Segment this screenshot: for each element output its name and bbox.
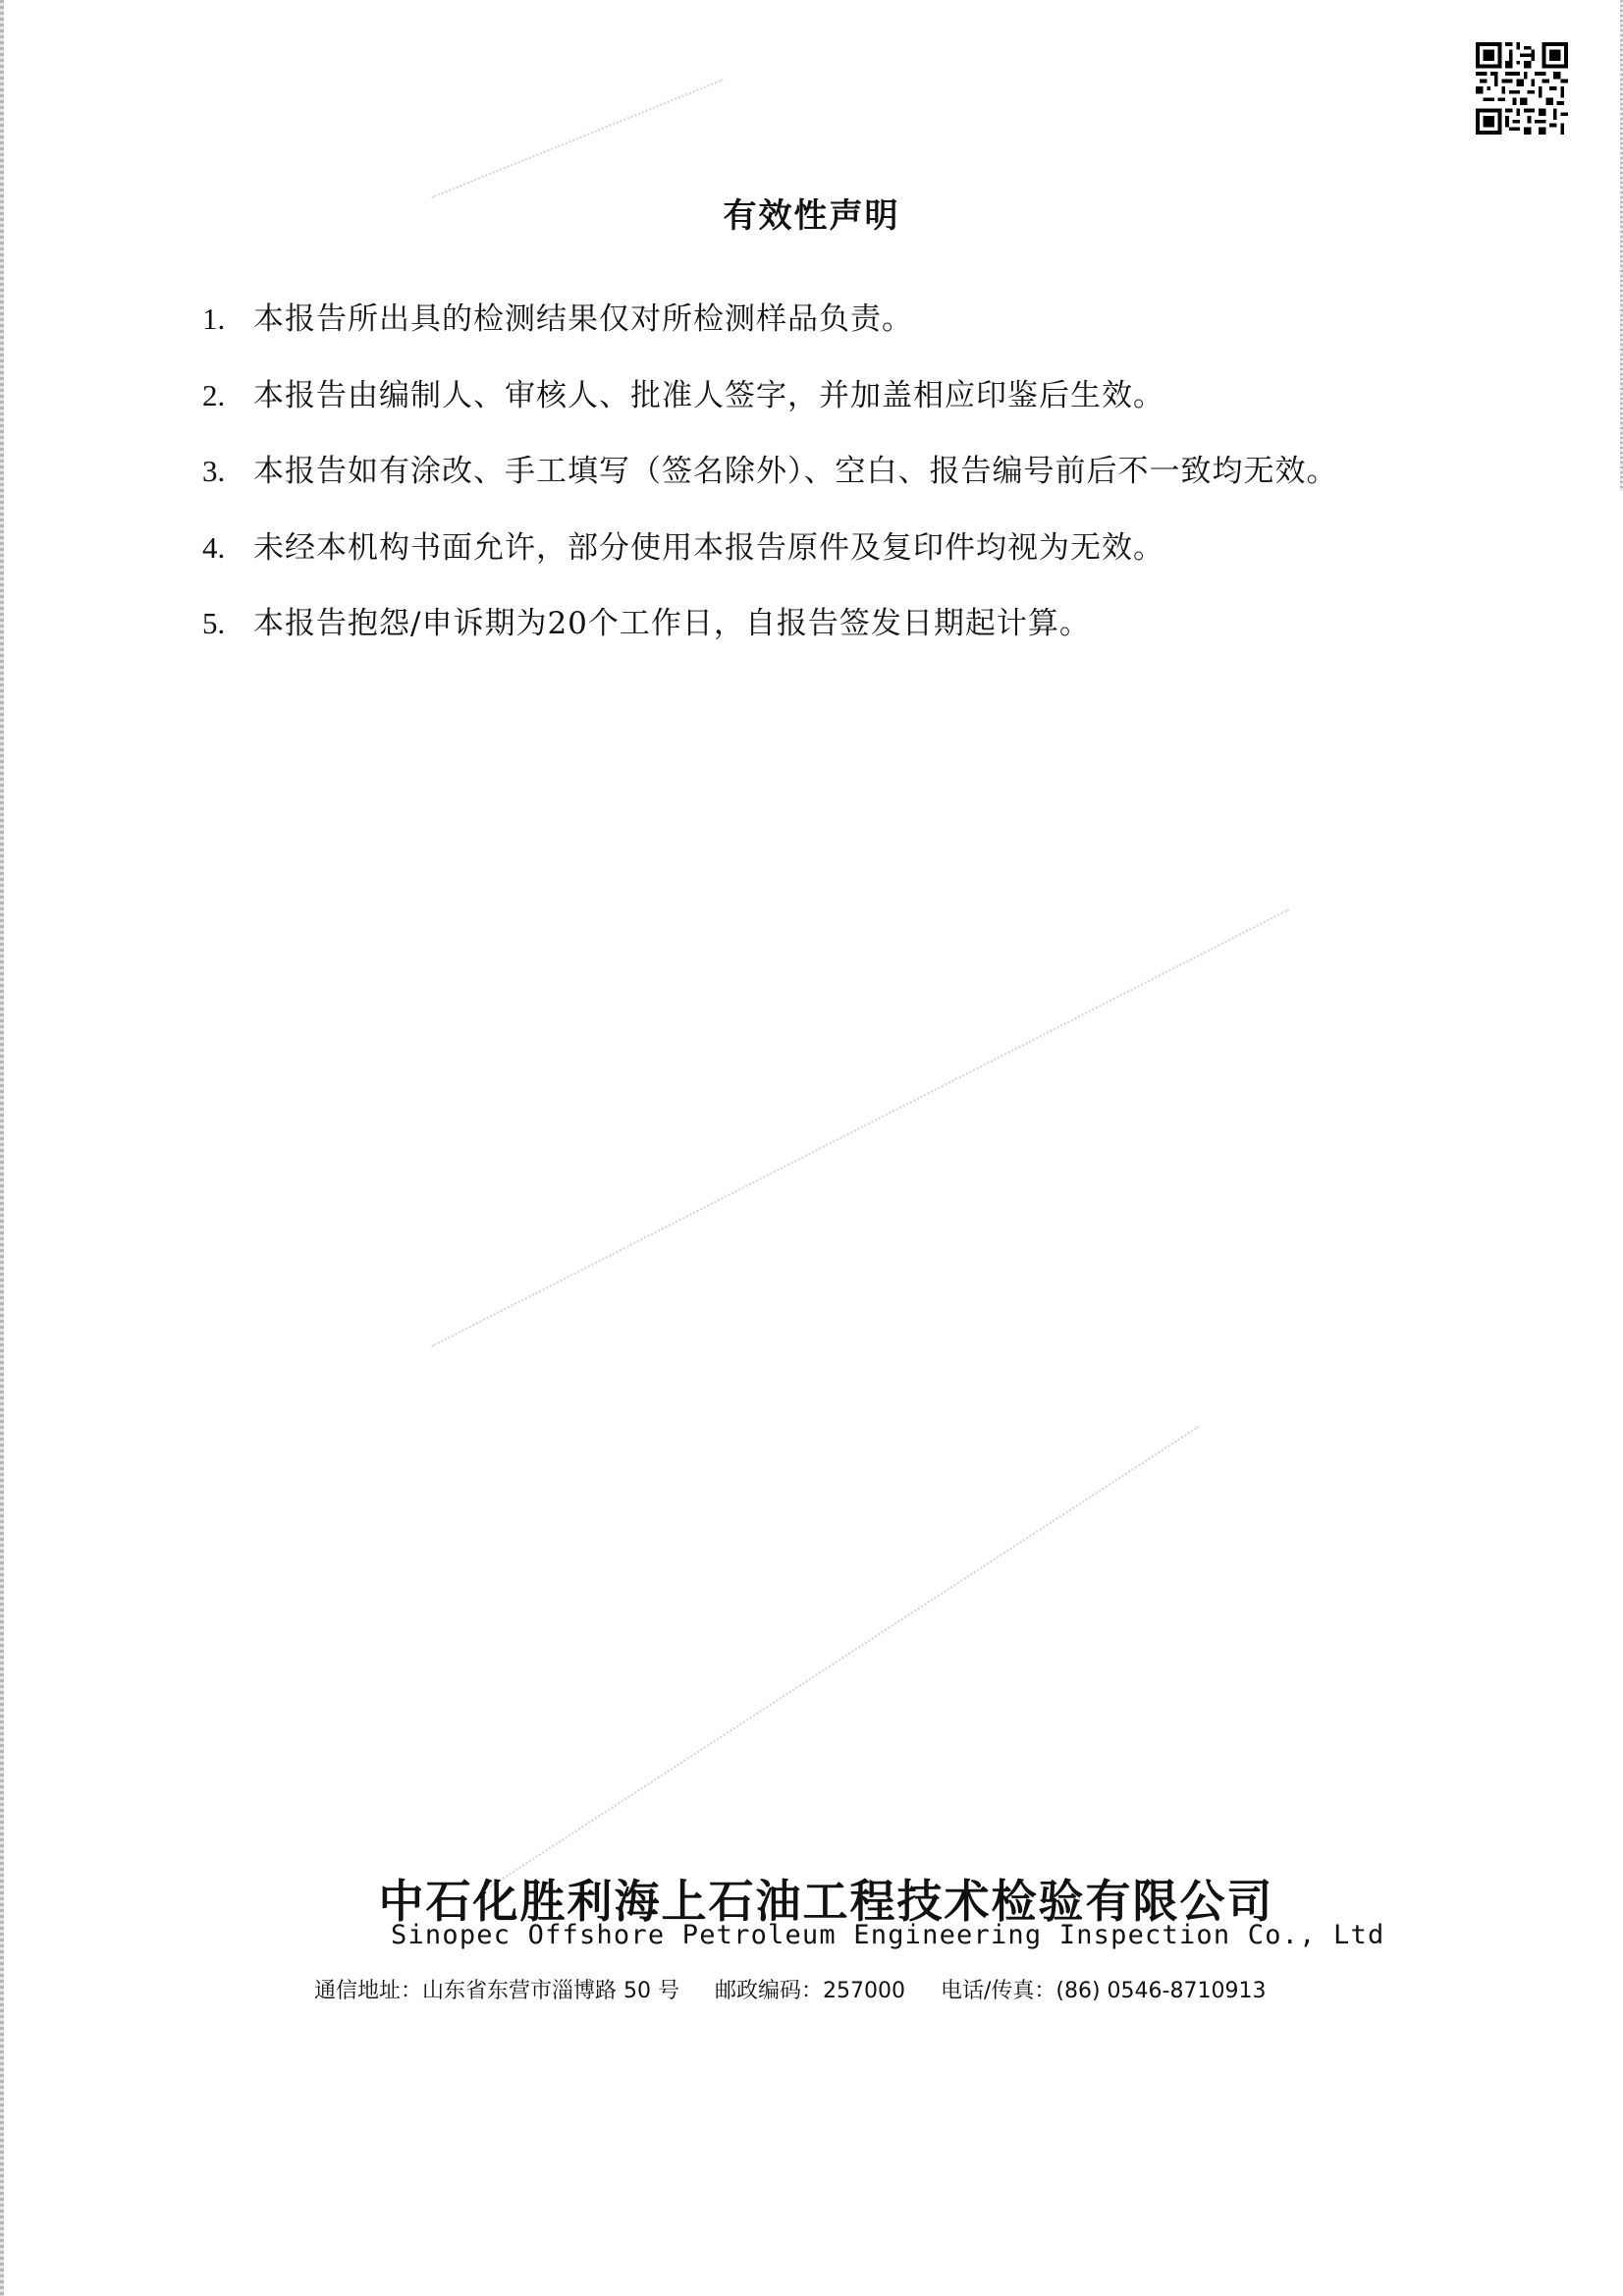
item-number: 2. <box>202 374 253 417</box>
item-number: 3. <box>202 450 253 493</box>
item-number: 1. <box>202 298 253 341</box>
list-item: 5. 本报告抱怨/申诉期为20个工作日，自报告签发日期起计算。 <box>202 602 1338 679</box>
statement-list: 1. 本报告所出具的检测结果仅对所检测样品负责。 2. 本报告由编制人、审核人、… <box>202 298 1338 679</box>
watermark <box>413 874 1289 1347</box>
address: 通信地址：山东省东营市淄博路 50 号 <box>314 1979 679 2003</box>
list-item: 3. 本报告如有涂改、手工填写（签名除外）、空白、报告编号前后不一致均无效。 <box>202 450 1338 526</box>
item-text: 本报告抱怨/申诉期为20个工作日，自报告签发日期起计算。 <box>253 602 1091 645</box>
item-text: 未经本机构书面允许，部分使用本报告原件及复印件均视为无效。 <box>253 526 1164 570</box>
watermark <box>468 1393 1199 1887</box>
qr-code-icon <box>1476 42 1568 135</box>
list-item: 4. 未经本机构书面允许，部分使用本报告原件及复印件均视为无效。 <box>202 526 1338 603</box>
list-item: 1. 本报告所出具的检测结果仅对所检测样品负责。 <box>202 298 1338 374</box>
page-title: 有效性声明 <box>0 189 1623 237</box>
phone-fax: 电话/传真：(86) 0546-8710913 <box>941 1979 1266 2003</box>
list-item: 2. 本报告由编制人、审核人、批准人签字，并加盖相应印鉴后生效。 <box>202 374 1338 451</box>
item-text: 本报告如有涂改、手工填写（签名除外）、空白、报告编号前后不一致均无效。 <box>253 450 1338 493</box>
watermark <box>413 33 724 198</box>
postcode: 邮政编码：257000 <box>715 1979 905 2003</box>
company-name-en: Sinopec Offshore Petroleum Engineering I… <box>391 1920 1384 1950</box>
scan-edge-left <box>0 0 4 2296</box>
item-number: 5. <box>202 602 253 645</box>
item-text: 本报告所出具的检测结果仅对所检测样品负责。 <box>253 298 913 341</box>
item-number: 4. <box>202 526 253 570</box>
contact-info: 通信地址：山东省东营市淄博路 50 号邮政编码：257000电话/传真：(86)… <box>314 1974 1266 2004</box>
item-text: 本报告由编制人、审核人、批准人签字，并加盖相应印鉴后生效。 <box>253 374 1164 417</box>
